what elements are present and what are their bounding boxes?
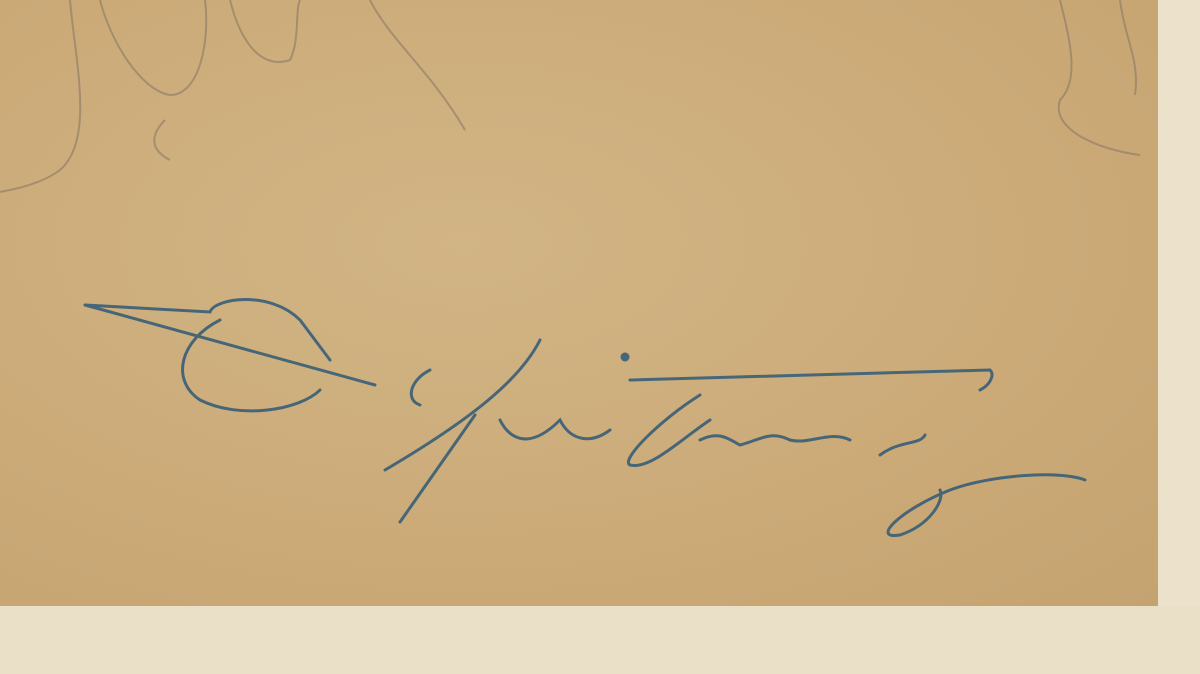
- artwork-layer: [0, 0, 1200, 674]
- signature-stamp: [85, 300, 1085, 536]
- pencil-sketch: [0, 0, 1140, 192]
